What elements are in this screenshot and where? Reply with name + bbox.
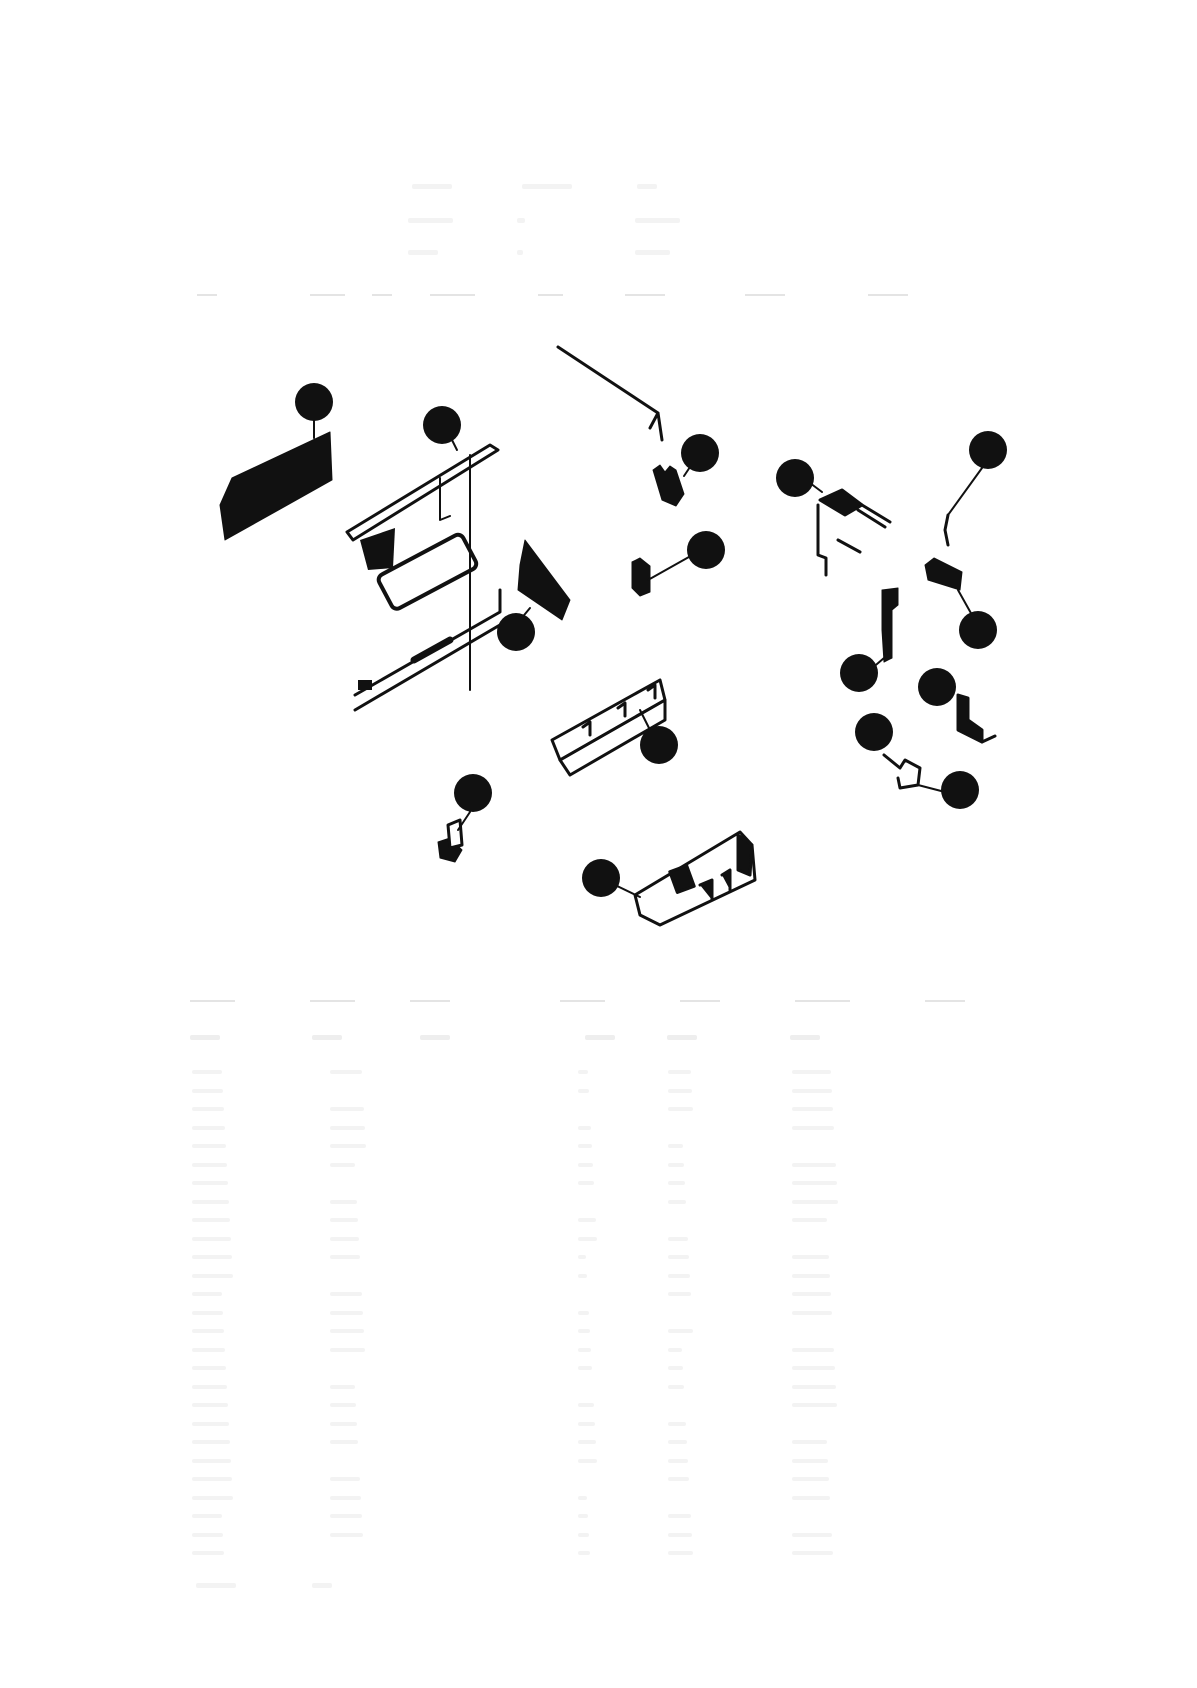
table-cell — [192, 1348, 225, 1352]
table-cell — [578, 1459, 597, 1463]
table-header-cell — [190, 1035, 220, 1040]
table-cell — [668, 1255, 689, 1259]
callout-marker — [454, 774, 492, 812]
table-rule — [795, 1000, 850, 1002]
table-cell — [578, 1422, 595, 1426]
table-header-cell — [585, 1035, 615, 1040]
table-cell — [192, 1366, 226, 1370]
callout-marker — [681, 434, 719, 472]
callout-marker — [640, 726, 678, 764]
table-cell — [330, 1440, 358, 1444]
footer-text — [196, 1583, 236, 1588]
table-cell — [792, 1459, 828, 1463]
table-cell — [192, 1514, 222, 1518]
table-cell — [192, 1107, 224, 1111]
table-cell — [330, 1292, 362, 1296]
table-cell — [792, 1255, 829, 1259]
table-cell — [578, 1329, 590, 1333]
table-cell — [192, 1200, 229, 1204]
table-cell — [330, 1070, 362, 1074]
part-tray — [552, 680, 665, 775]
part-wedge — [518, 540, 570, 620]
table-rule — [310, 1000, 355, 1002]
table-cell — [792, 1496, 830, 1500]
footer-text — [312, 1583, 332, 1588]
table-cell — [192, 1274, 233, 1278]
table-cell — [668, 1459, 688, 1463]
table-cell — [792, 1533, 832, 1537]
table-cell — [792, 1126, 834, 1130]
callout-marker — [582, 859, 620, 897]
table-cell — [192, 1422, 229, 1426]
part-frame — [347, 420, 505, 710]
table-cell — [330, 1329, 364, 1333]
table-cell — [792, 1348, 834, 1352]
table-cell — [668, 1533, 692, 1537]
callout-marker — [295, 383, 333, 421]
table-cell — [792, 1440, 827, 1444]
table-cell — [330, 1533, 363, 1537]
callout-marker — [918, 668, 956, 706]
table-cell — [330, 1385, 355, 1389]
table-cell — [330, 1496, 361, 1500]
table-cell — [192, 1255, 232, 1259]
table-cell — [330, 1422, 357, 1426]
table-cell — [578, 1311, 589, 1315]
table-cell — [192, 1551, 224, 1555]
table-rule — [680, 1000, 720, 1002]
table-cell — [792, 1200, 838, 1204]
part-housing — [615, 832, 755, 925]
table-cell — [668, 1440, 687, 1444]
table-cell — [330, 1144, 366, 1148]
table-cell — [192, 1163, 227, 1167]
table-cell — [578, 1551, 590, 1555]
table-cell — [668, 1089, 692, 1093]
table-cell — [330, 1348, 365, 1352]
table-cell — [578, 1255, 586, 1259]
table-cell — [668, 1200, 686, 1204]
table-cell — [192, 1181, 228, 1185]
part-clip — [925, 558, 972, 615]
table-cell — [792, 1163, 836, 1167]
table-cell — [192, 1403, 228, 1407]
table-cell — [668, 1348, 682, 1352]
table-cell — [792, 1385, 836, 1389]
table-cell — [330, 1107, 364, 1111]
part-angled-tab — [958, 695, 995, 742]
table-cell — [668, 1366, 683, 1370]
table-cell — [578, 1533, 589, 1537]
table-cell — [330, 1255, 360, 1259]
table-cell — [578, 1089, 589, 1093]
table-cell — [668, 1163, 684, 1167]
table-cell — [668, 1514, 691, 1518]
table-cell — [192, 1477, 232, 1481]
part-rod — [558, 347, 662, 440]
part-small-block — [632, 553, 696, 596]
table-cell — [330, 1311, 363, 1315]
table-header-cell — [312, 1035, 342, 1040]
table-cell — [792, 1311, 832, 1315]
table-cell — [668, 1181, 685, 1185]
table-cell — [578, 1181, 594, 1185]
table-cell — [792, 1089, 832, 1093]
table-cell — [668, 1107, 693, 1111]
table-cell — [192, 1496, 233, 1500]
table-cell — [192, 1089, 223, 1093]
callout-marker — [423, 406, 461, 444]
table-cell — [192, 1385, 227, 1389]
table-cell — [668, 1274, 690, 1278]
table-cell — [668, 1385, 684, 1389]
table-cell — [192, 1311, 223, 1315]
table-cell — [578, 1440, 596, 1444]
table-cell — [668, 1422, 686, 1426]
table-cell — [330, 1477, 360, 1481]
table-cell — [792, 1218, 827, 1222]
part-panel — [220, 420, 332, 540]
table-cell — [578, 1348, 591, 1352]
table-cell — [330, 1237, 359, 1241]
table-cell — [578, 1070, 588, 1074]
table-cell — [578, 1144, 592, 1148]
table-cell — [192, 1144, 226, 1148]
table-cell — [192, 1237, 231, 1241]
part-pin — [945, 468, 982, 545]
callout-marker — [855, 713, 893, 751]
table-cell — [668, 1292, 691, 1296]
table-cell — [792, 1274, 830, 1278]
table-cell — [330, 1514, 362, 1518]
table-cell — [668, 1551, 693, 1555]
table-cell — [192, 1126, 225, 1130]
callout-marker — [497, 613, 535, 651]
table-rule — [560, 1000, 605, 1002]
table-cell — [792, 1366, 835, 1370]
table-cell — [792, 1181, 837, 1185]
table-cell — [792, 1477, 829, 1481]
table-header-cell — [667, 1035, 697, 1040]
callouts — [295, 383, 1007, 897]
table-cell — [192, 1329, 224, 1333]
table-cell — [578, 1126, 591, 1130]
table-rule — [190, 1000, 235, 1002]
table-cell — [192, 1533, 223, 1537]
table-cell — [578, 1274, 587, 1278]
part-latch — [438, 812, 470, 862]
callout-marker — [941, 771, 979, 809]
table-cell — [792, 1403, 837, 1407]
callout-marker — [959, 611, 997, 649]
table-rule — [925, 1000, 965, 1002]
table-cell — [578, 1496, 587, 1500]
table-cell — [192, 1218, 230, 1222]
table-cell — [192, 1459, 231, 1463]
table-cell — [668, 1070, 691, 1074]
table-cell — [792, 1292, 831, 1296]
table-cell — [330, 1200, 357, 1204]
table-cell — [668, 1329, 693, 1333]
table-header-cell — [420, 1035, 450, 1040]
table-cell — [192, 1292, 222, 1296]
table-cell — [578, 1218, 596, 1222]
table-cell — [192, 1440, 230, 1444]
table-cell — [578, 1163, 593, 1167]
callout-marker — [840, 654, 878, 692]
table-cell — [192, 1070, 222, 1074]
part-bracket — [806, 480, 890, 575]
table-cell — [330, 1126, 365, 1130]
table-header-cell — [790, 1035, 820, 1040]
callout-marker — [776, 459, 814, 497]
callout-marker — [687, 531, 725, 569]
table-cell — [330, 1403, 356, 1407]
table-cell — [792, 1070, 831, 1074]
table-rule — [410, 1000, 450, 1002]
table-cell — [668, 1477, 689, 1481]
part-tab — [870, 588, 898, 670]
table-cell — [792, 1551, 833, 1555]
table-cell — [578, 1514, 588, 1518]
table-cell — [792, 1107, 833, 1111]
exploded-view-diagram — [0, 0, 1197, 1000]
table-cell — [578, 1237, 597, 1241]
table-cell — [578, 1403, 594, 1407]
callout-marker — [969, 431, 1007, 469]
table-cell — [330, 1218, 358, 1222]
table-cell — [330, 1163, 355, 1167]
table-cell — [578, 1366, 592, 1370]
table-cell — [668, 1237, 688, 1241]
table-cell — [668, 1144, 683, 1148]
part-linkage — [884, 755, 945, 792]
